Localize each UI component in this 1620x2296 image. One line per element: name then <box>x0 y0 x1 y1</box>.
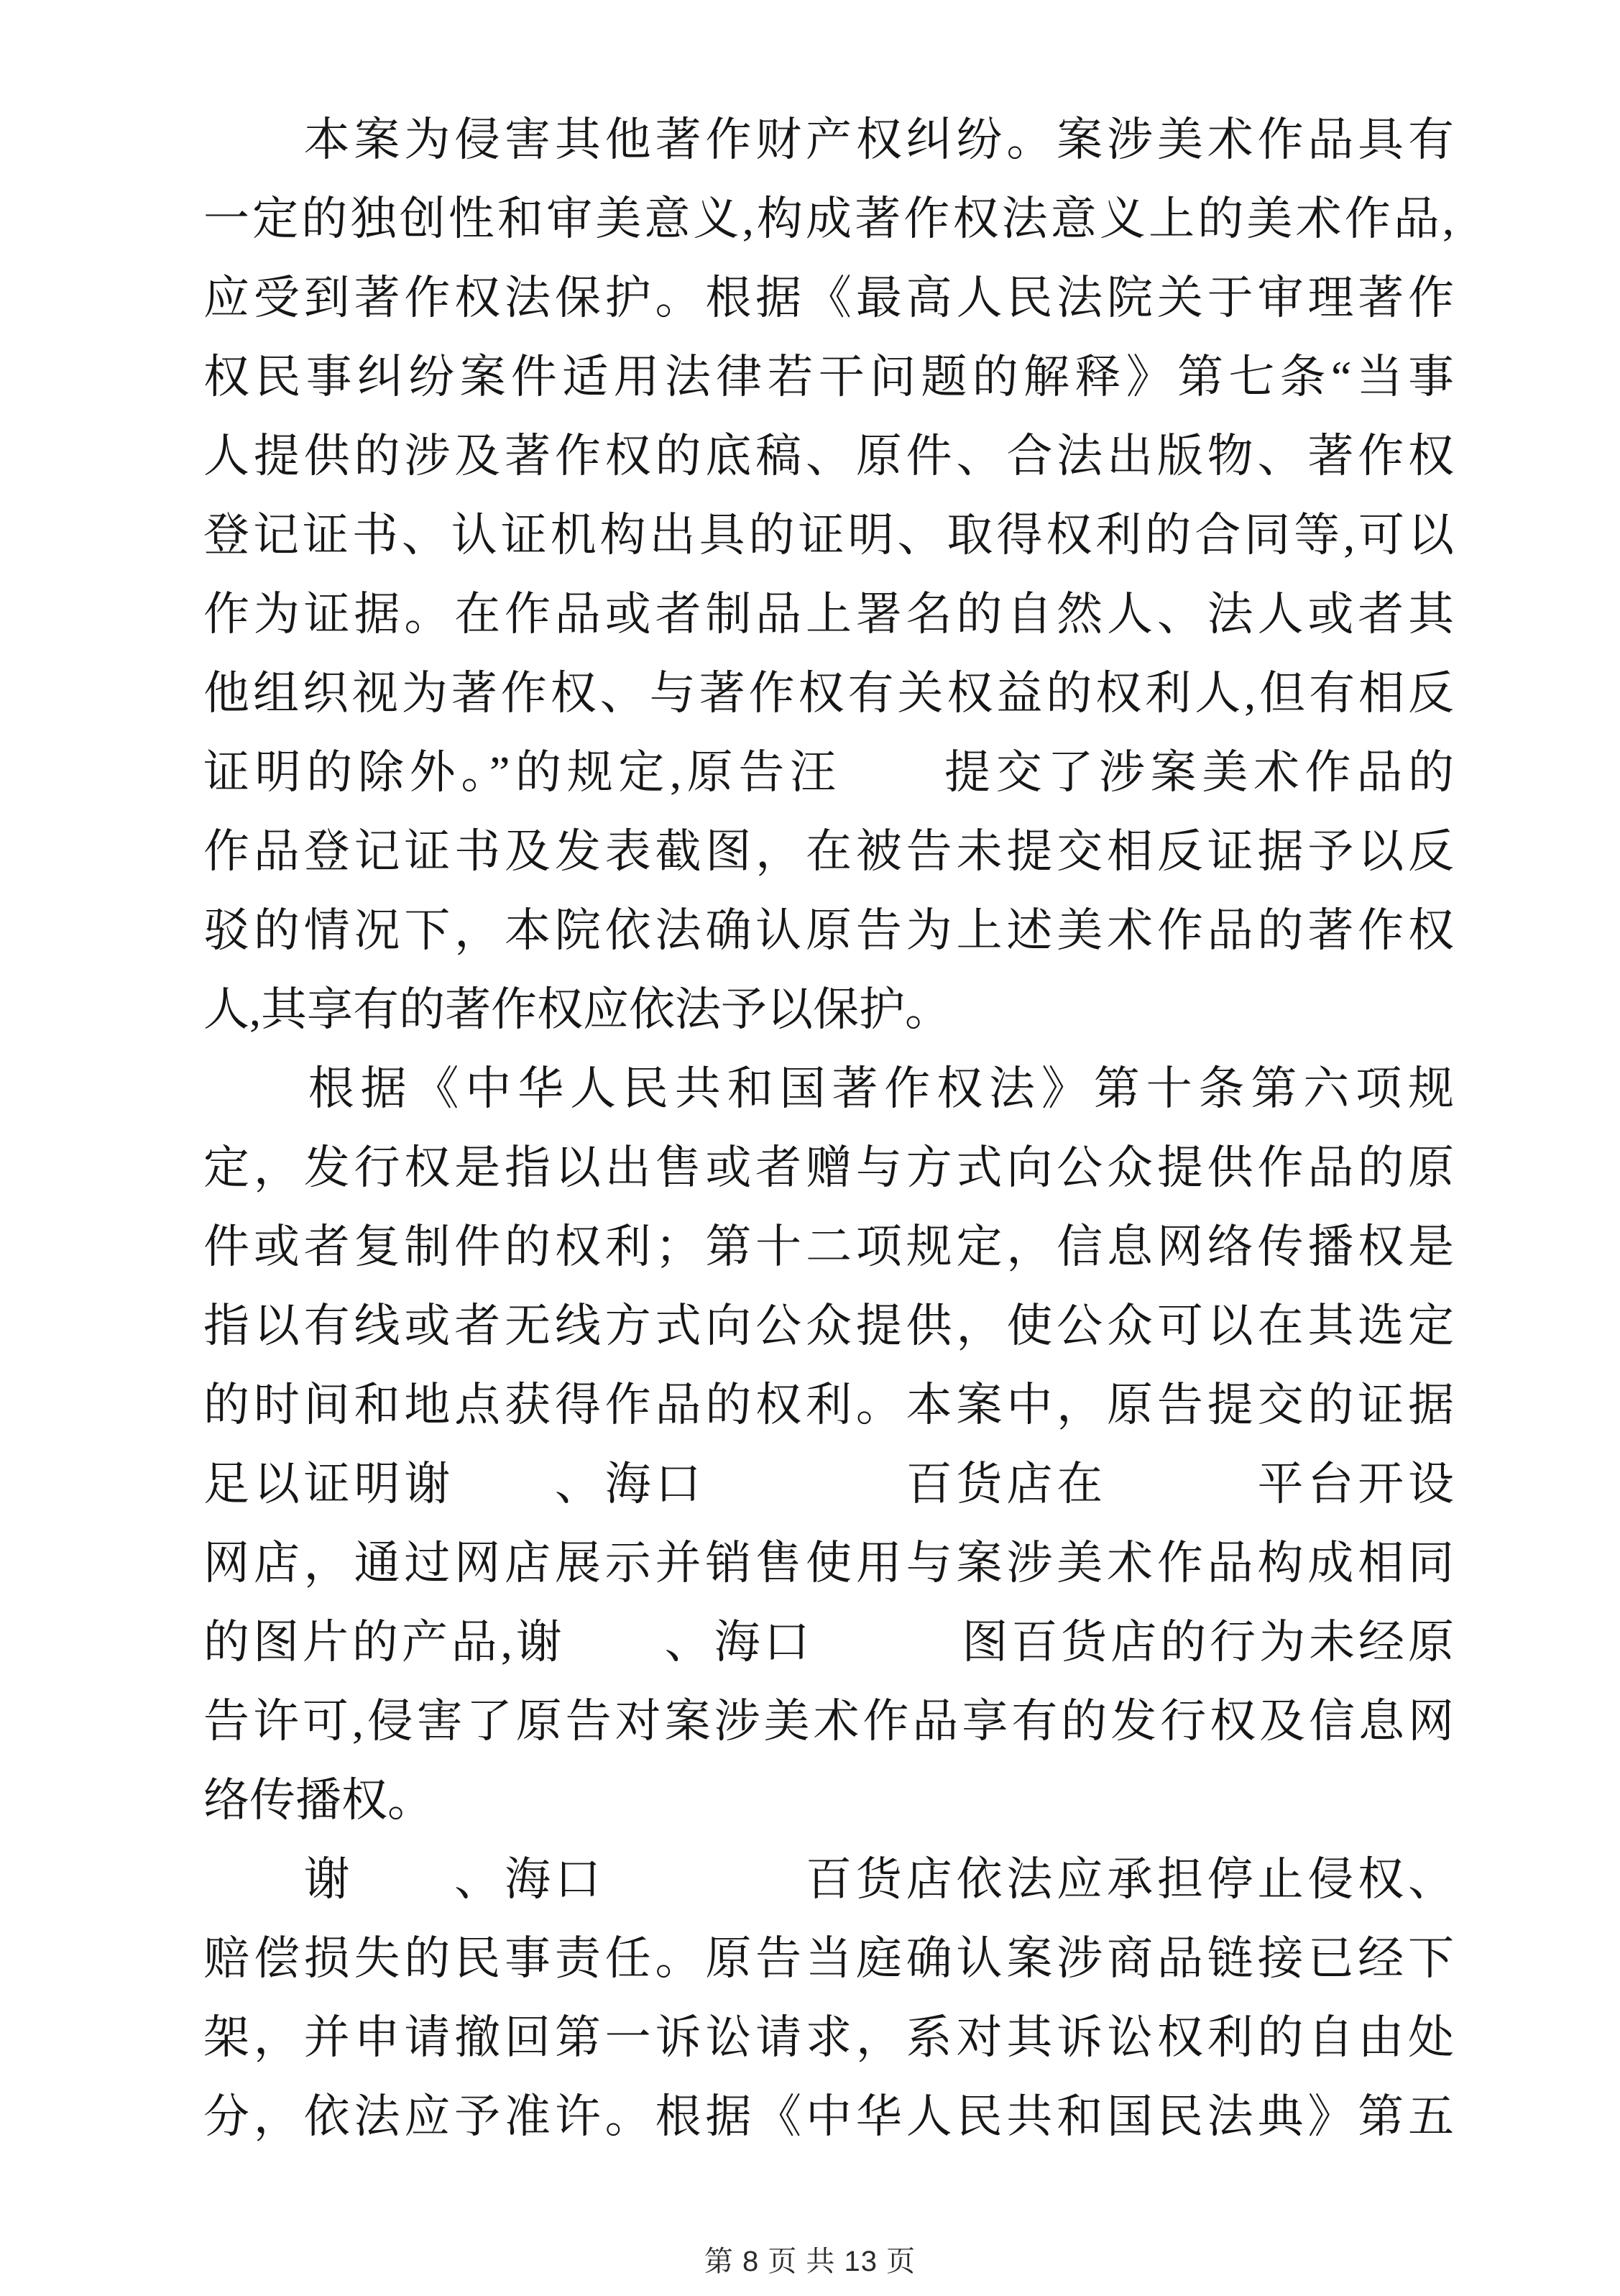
page-number-footer: 第 8 页 共 13 页 <box>0 2241 1620 2282</box>
text-line: 定，发行权是指以出售或者赠与方式向公众提供作品的原 <box>203 1129 1454 1208</box>
document-page: 本案为侵害其他著作财产权纠纷。案涉美术作品具有 一定的独创性和审美意义,构成著作… <box>0 0 1620 2296</box>
text-line: 他组织视为著作权、与著作权有关权益的权利人,但有相反 <box>203 654 1454 733</box>
text-line-paragraph-end: 络传播权。 <box>203 1761 1454 1840</box>
text-line: 作为证据。在作品或者制品上署名的自然人、法人或者其 <box>203 575 1454 654</box>
text-line: 一定的独创性和审美意义,构成著作权法意义上的美术作品, <box>203 180 1454 259</box>
text-line: 件或者复制件的权利；第十二项规定，信息网络传播权是 <box>203 1208 1454 1287</box>
text-line-redacted-plaintiff: 证明的除外。”的规定,原告汪 提交了涉案美术作品的 <box>203 733 1454 812</box>
text-line: 架，并申请撤回第一诉讼请求，系对其诉讼权利的自由处 <box>203 1998 1454 2077</box>
text-line: 根据《中华人民共和国著作权法》第十条第六项规 <box>203 1050 1454 1129</box>
text-line: 登记证书、认证机构出具的证明、取得权利的合同等,可以 <box>203 496 1454 575</box>
judgment-text-block: 本案为侵害其他著作财产权纠纷。案涉美术作品具有 一定的独创性和审美意义,构成著作… <box>203 101 1454 2157</box>
text-line: 作品登记证书及发表截图，在被告未提交相反证据予以反 <box>203 812 1454 891</box>
text-line-redacted-defendants: 足以证明谢 、海口 百货店在 平台开设 <box>203 1445 1454 1524</box>
text-line: 本案为侵害其他著作财产权纠纷。案涉美术作品具有 <box>203 101 1454 180</box>
text-line: 驳的情况下，本院依法确认原告为上述美术作品的著作权 <box>203 891 1454 970</box>
text-line-paragraph-end: 人,其享有的著作权应依法予以保护。 <box>203 970 1454 1050</box>
text-line: 赔偿损失的民事责任。原告当庭确认案涉商品链接已经下 <box>203 1919 1454 1998</box>
text-line: 权民事纠纷案件适用法律若干问题的解释》第七条“当事 <box>203 338 1454 417</box>
text-line: 网店，通过网店展示并销售使用与案涉美术作品构成相同 <box>203 1524 1454 1603</box>
text-line: 指以有线或者无线方式向公众提供，使公众可以在其选定 <box>203 1287 1454 1366</box>
text-line-redacted-defendants: 的图片的产品,谢 、海口 图百货店的行为未经原 <box>203 1603 1454 1682</box>
text-line: 应受到著作权法保护。根据《最高人民法院关于审理著作 <box>203 259 1454 338</box>
text-line: 的时间和地点获得作品的权利。本案中，原告提交的证据 <box>203 1366 1454 1445</box>
text-line: 人提供的涉及著作权的底稿、原件、合法出版物、著作权 <box>203 417 1454 496</box>
text-line: 告许可,侵害了原告对案涉美术作品享有的发行权及信息网 <box>203 1682 1454 1761</box>
text-line: 分，依法应予准许。根据《中华人民共和国民法典》第五 <box>203 2077 1454 2157</box>
text-line-redacted-defendants: 谢 、海口 百货店依法应承担停止侵权、 <box>203 1840 1454 1919</box>
